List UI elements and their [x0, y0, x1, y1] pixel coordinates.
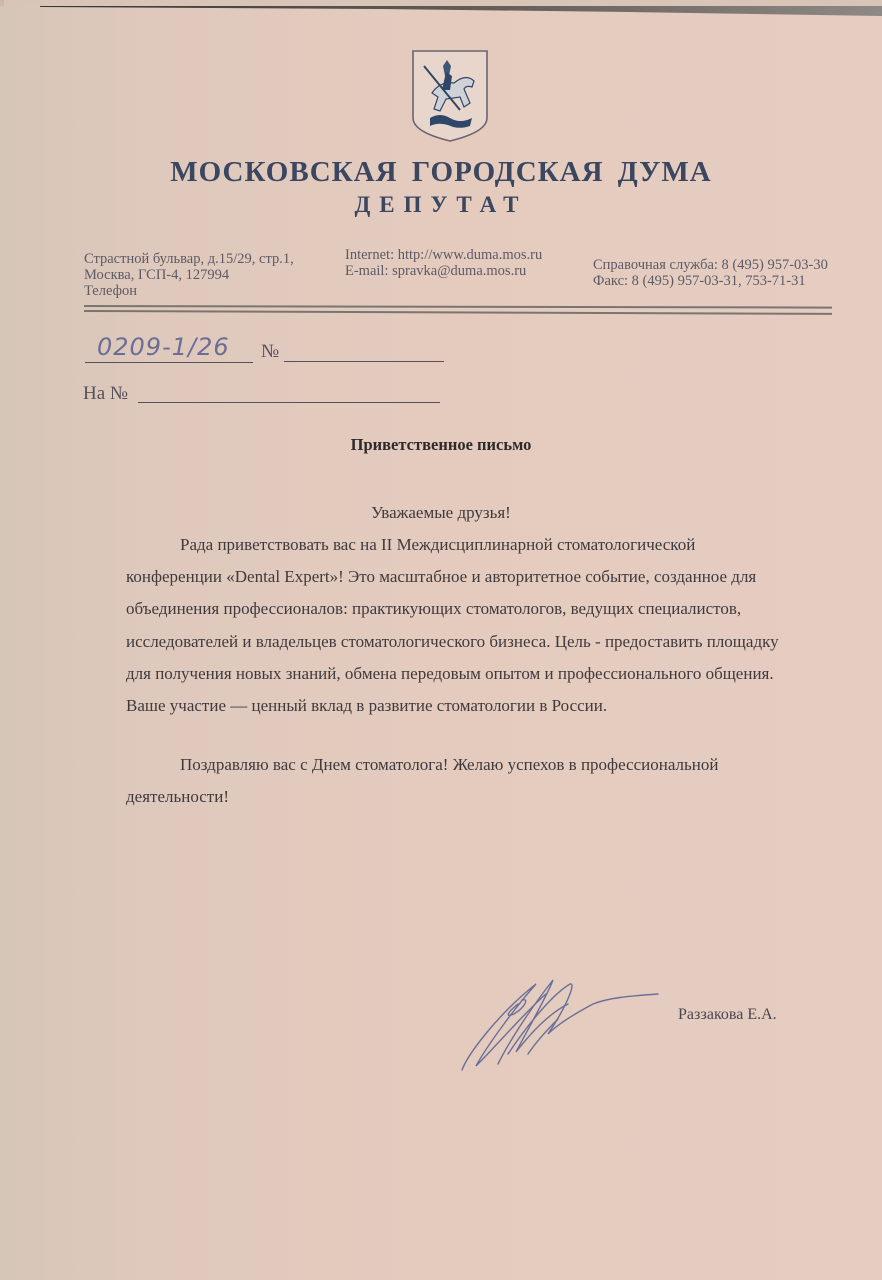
header-divider	[84, 310, 832, 315]
paragraph-1: Рада приветствовать вас на II Междисципл…	[126, 529, 846, 722]
email-link: E-mail: spravka@duma.mos.ru	[345, 263, 542, 279]
address-block: Страстной бульвар, д.15/29, стр.1, Москв…	[84, 251, 294, 299]
number-field-line	[284, 361, 444, 362]
number-label: №	[261, 341, 279, 363]
letter-page: МОСКОВСКАЯ ГОРОДСКАЯ ДУМА ДЕПУТАТ Страст…	[0, 6, 882, 1280]
paragraph-2: Поздравляю вас с Днем стоматолога! Желаю…	[126, 749, 846, 813]
text-line: Рада приветствовать вас на II Междисципл…	[180, 535, 695, 554]
phones-block: Справочная служба: 8 (495) 957-03-30 Фак…	[593, 257, 828, 289]
fax-number: Факс: 8 (495) 957-03-31, 753-71-31	[593, 273, 828, 289]
background-strip	[40, 6, 882, 16]
text-line: объединения профессионалов: практикующих…	[126, 593, 846, 625]
document-heading: Приветственное письмо	[0, 435, 882, 455]
text-line: исследователей и владельцев стоматологич…	[126, 626, 846, 658]
handwritten-outgoing-number: 0209-1/26	[85, 333, 253, 363]
address-line: Страстной бульвар, д.15/29, стр.1,	[84, 251, 294, 267]
text-line: конференции «Dental Expert»! Это масштаб…	[126, 561, 846, 593]
signature-icon	[458, 974, 668, 1074]
header-divider	[84, 305, 832, 309]
reply-number-label: На №	[83, 383, 128, 405]
signer-name: Раззакова Е.А.	[678, 1006, 777, 1024]
web-block: Internet: http://www.duma.mos.ru E-mail:…	[345, 247, 542, 279]
reply-number-field-line	[138, 402, 440, 403]
help-phone: Справочная служба: 8 (495) 957-03-30	[593, 257, 828, 273]
greeting: Уважаемые друзья!	[0, 503, 882, 523]
text-line: Ваше участие — ценный вклад в развитие с…	[126, 690, 846, 722]
text-line: для получения новых знаний, обмена перед…	[126, 658, 846, 690]
text-line: деятельности!	[126, 781, 846, 813]
position-title: ДЕПУТАТ	[0, 192, 882, 218]
website-link: Internet: http://www.duma.mos.ru	[345, 247, 542, 263]
address-line: Москва, ГСП-4, 127994	[84, 267, 294, 283]
text-line: Поздравляю вас с Днем стоматолога! Желаю…	[180, 755, 718, 774]
organization-title: МОСКОВСКАЯ ГОРОДСКАЯ ДУМА	[0, 156, 882, 189]
moscow-coat-of-arms-icon	[410, 48, 490, 143]
phone-label: Телефон	[84, 283, 294, 299]
